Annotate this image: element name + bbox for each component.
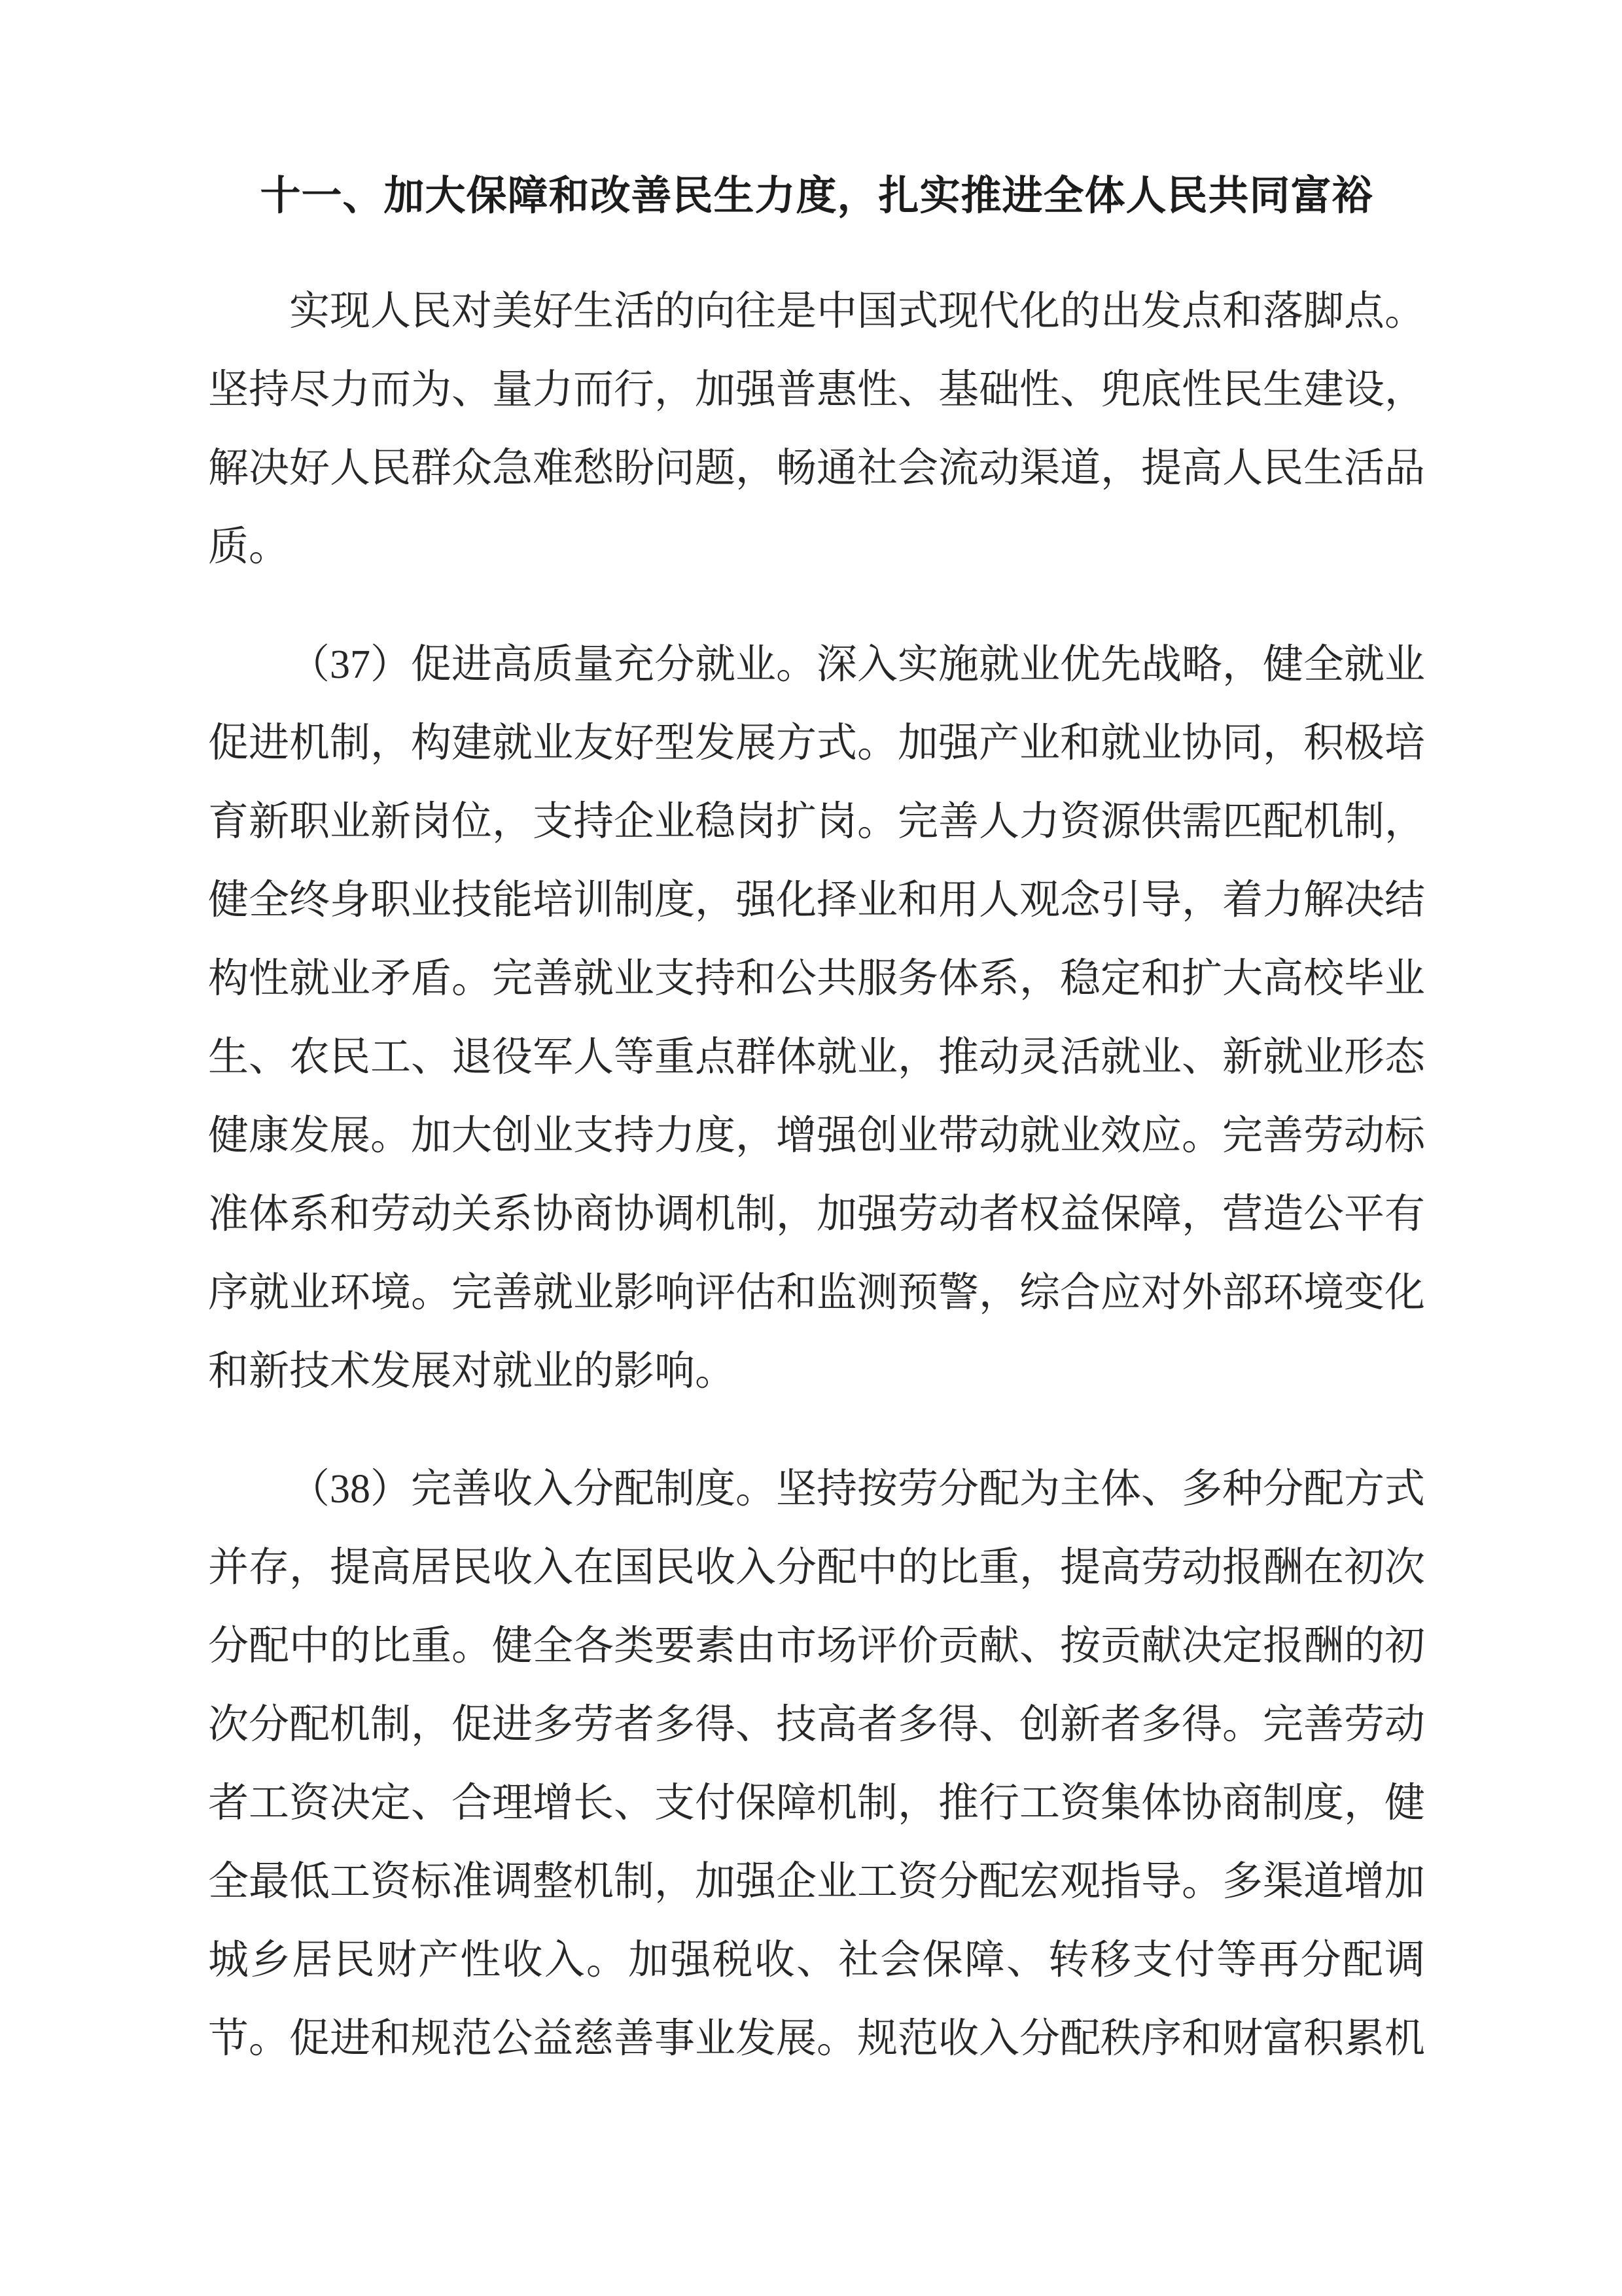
text-line: 全最低工资标准调整机制，加强企业工资分配宏观指导。多渠道增加 [208,1843,1425,1921]
document-body: 实现人民对美好生活的向往是中国式现代化的出发点和落脚点。坚持尽力而为、量力而行，… [208,272,1425,2078]
text-line: 构性就业矛盾。完善就业支持和公共服务体系，稳定和扩大高校毕业 [208,940,1425,1018]
paragraph: （38）完善收入分配制度。坚持按劳分配为主体、多种分配方式并存，提高居民收入在国… [208,1450,1425,2078]
text-line: 并存，提高居民收入在国民收入分配中的比重，提高劳动报酬在初次 [208,1528,1425,1607]
text-line: 次分配机制，促进多劳者多得、技高者多得、创新者多得。完善劳动 [208,1686,1425,1764]
text-line: 城乡居民财产性收入。加强税收、社会保障、转移支付等再分配调 [208,1921,1425,2000]
section-heading: 十一、加大保障和改善民生力度，扎实推进全体人民共同富裕 [208,157,1425,236]
text-line: 坚持尽力而为、量力而行，加强普惠性、基础性、兜底性民生建设， [208,351,1425,429]
text-line: 健康发展。加大创业支持力度，增强创业带动就业效应。完善劳动标 [208,1097,1425,1175]
text-line: 促进机制，构建就业友好型发展方式。加强产业和就业协同，积极培 [208,704,1425,783]
text-line: （37）促进高质量充分就业。深入实施就业优先战略，健全就业 [208,626,1425,704]
text-column: 十一、加大保障和改善民生力度，扎实推进全体人民共同富裕 实现人民对美好生活的向往… [208,0,1425,2078]
text-line: 分配中的比重。健全各类要素由市场评价贡献、按贡献决定报酬的初 [208,1607,1425,1686]
text-line: 准体系和劳动关系协商协调机制，加强劳动者权益保障，营造公平有 [208,1175,1425,1254]
text-line: 生、农民工、退役军人等重点群体就业，推动灵活就业、新就业形态 [208,1018,1425,1097]
text-line: 节。促进和规范公益慈善事业发展。规范收入分配秩序和财富积累机 [208,2000,1425,2078]
text-line: 解决好人民群众急难愁盼问题，畅通社会流动渠道，提高人民生活品 [208,429,1425,508]
text-line: 育新职业新岗位，支持企业稳岗扩岗。完善人力资源供需匹配机制， [208,783,1425,861]
document-page: 十一、加大保障和改善民生力度，扎实推进全体人民共同富裕 实现人民对美好生活的向往… [0,0,1622,2296]
text-line: 健全终身职业技能培训制度，强化择业和用人观念引导，着力解决结 [208,861,1425,940]
text-line: 者工资决定、合理增长、支付保障机制，推行工资集体协商制度，健 [208,1764,1425,1843]
text-line: （38）完善收入分配制度。坚持按劳分配为主体、多种分配方式 [208,1450,1425,1528]
text-line: 和新技术发展对就业的影响。 [208,1332,1425,1411]
text-line: 实现人民对美好生活的向往是中国式现代化的出发点和落脚点。 [208,272,1425,351]
paragraph: （37）促进高质量充分就业。深入实施就业优先战略，健全就业促进机制，构建就业友好… [208,626,1425,1411]
paragraph: 实现人民对美好生活的向往是中国式现代化的出发点和落脚点。坚持尽力而为、量力而行，… [208,272,1425,586]
text-line: 质。 [208,508,1425,586]
text-line: 序就业环境。完善就业影响评估和监测预警，综合应对外部环境变化 [208,1254,1425,1332]
